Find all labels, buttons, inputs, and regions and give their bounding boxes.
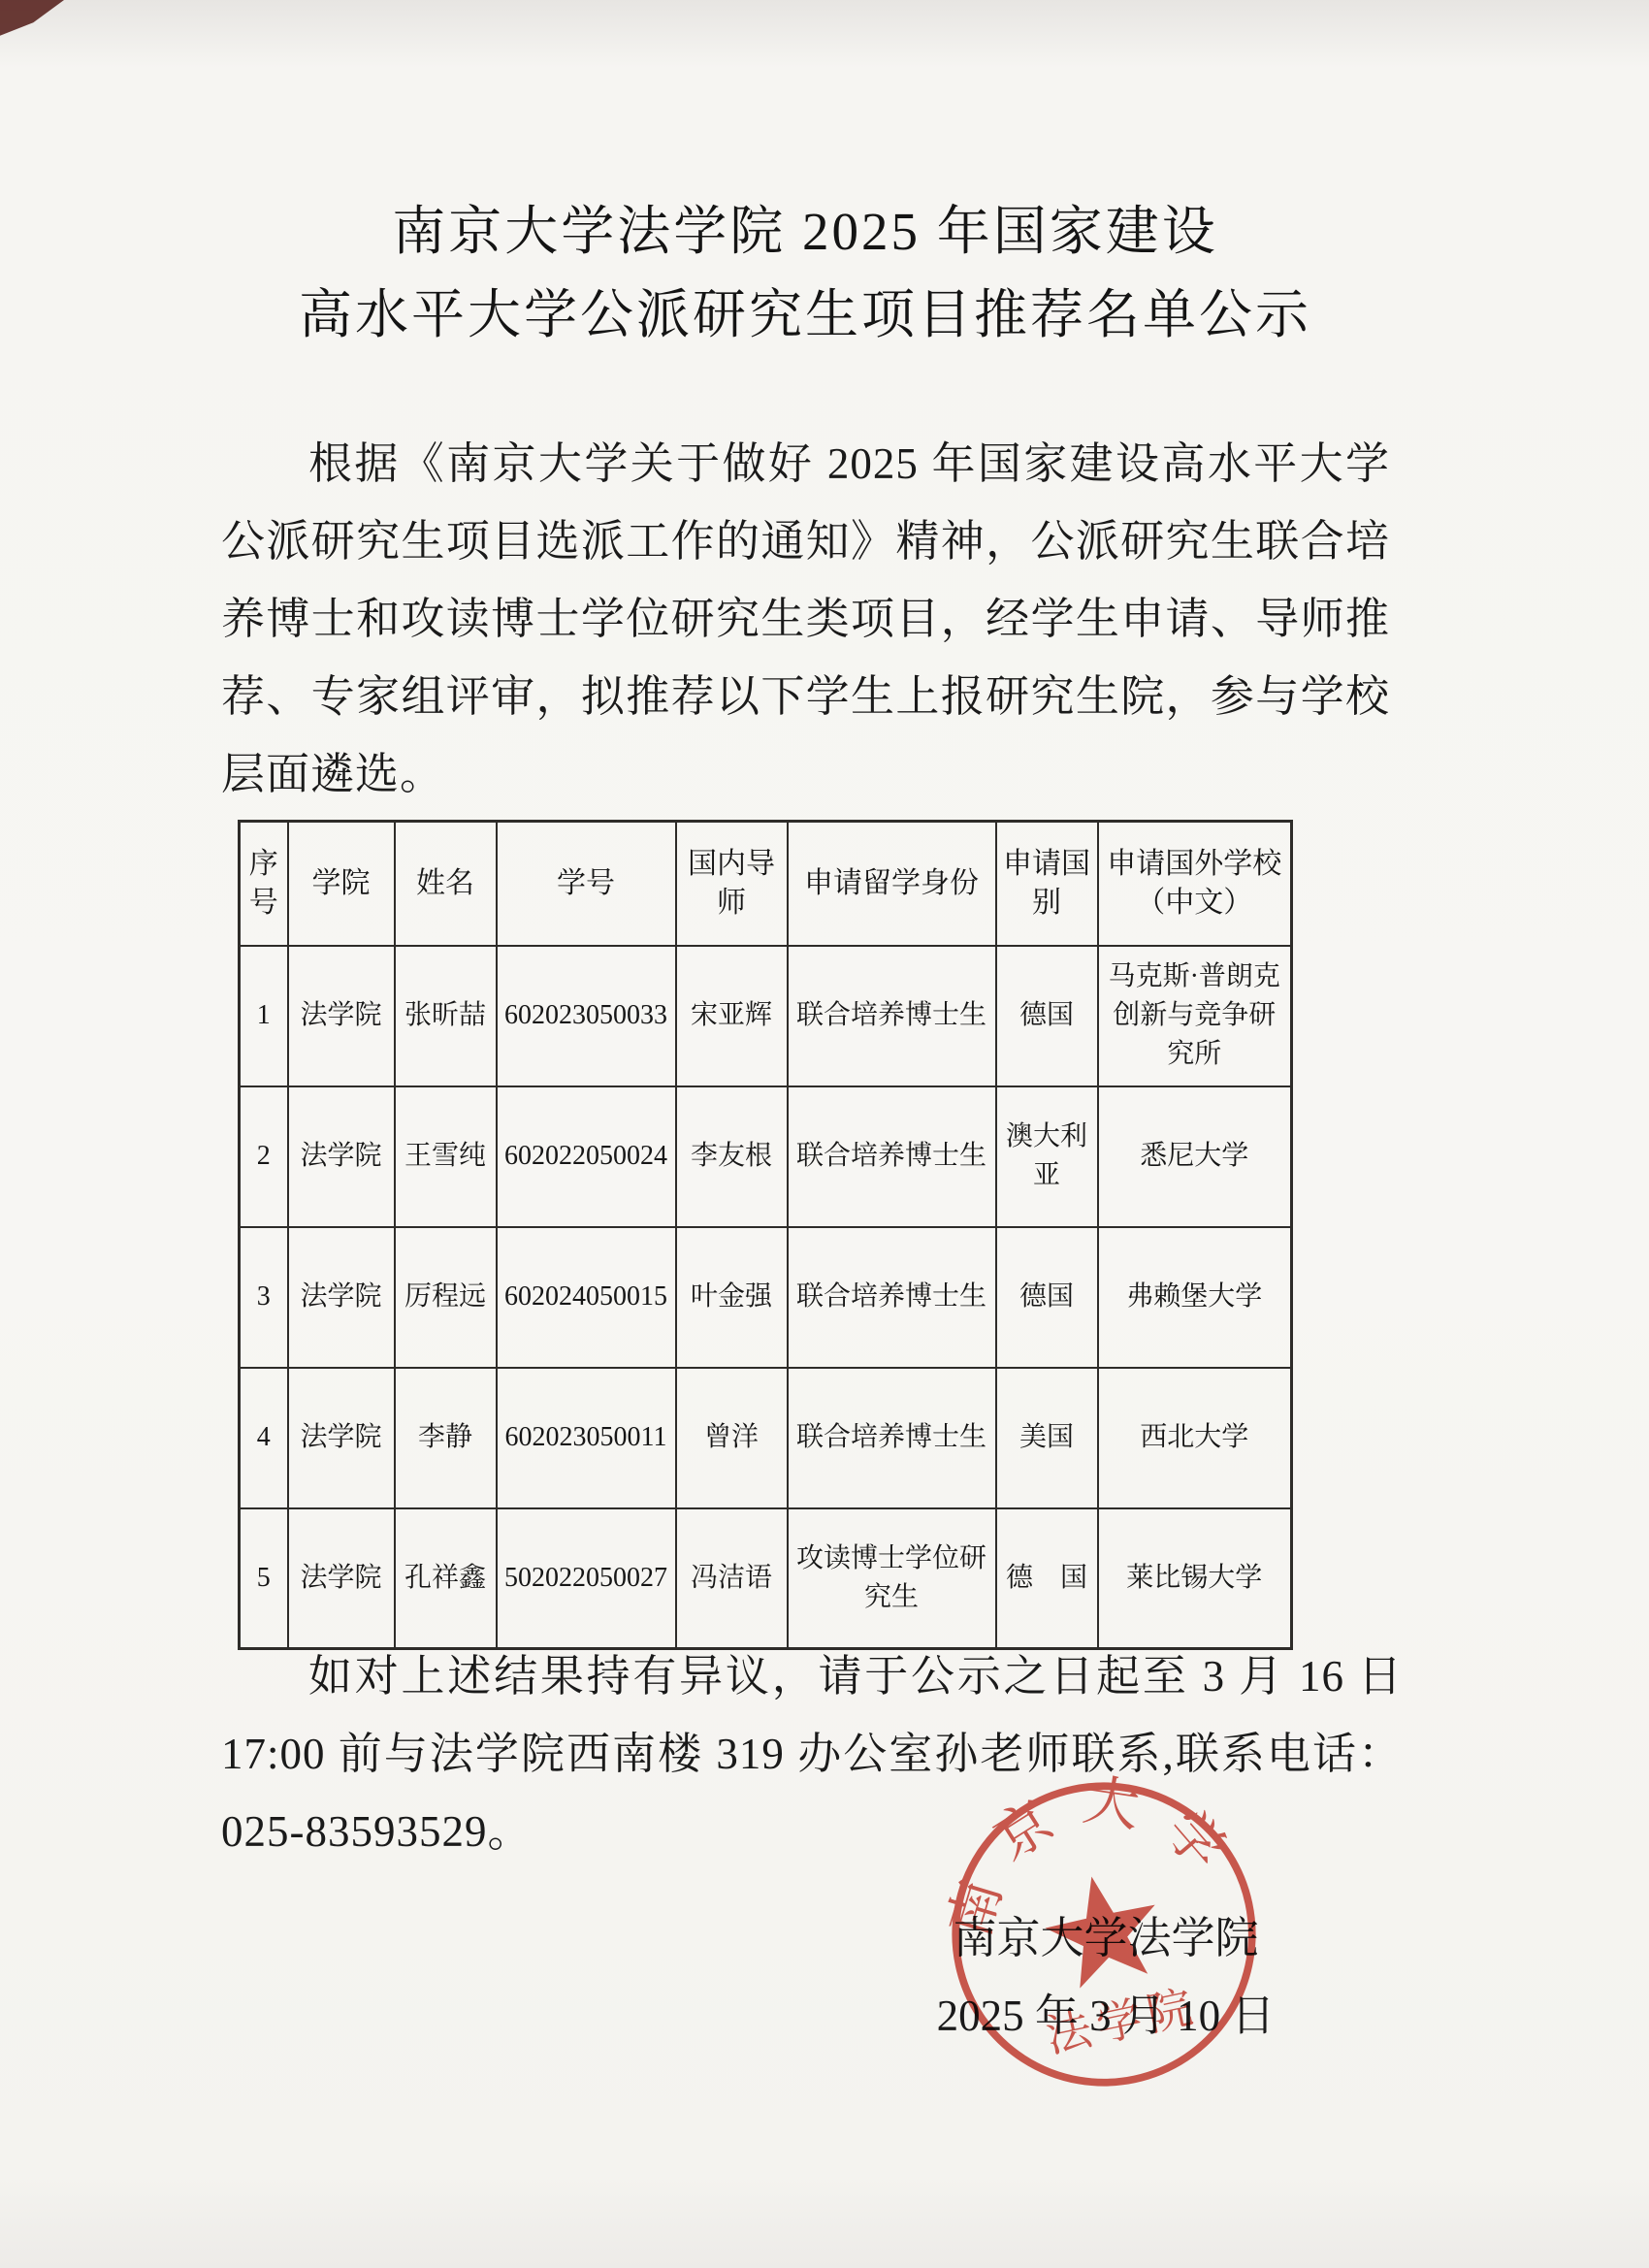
col-header-school: 申请国外学校（中文）	[1098, 822, 1292, 946]
cell-advisor: 曾洋	[676, 1368, 788, 1508]
cell-no: 3	[240, 1227, 288, 1368]
cell-country: 澳大利亚	[996, 1086, 1098, 1227]
closing-paragraph: 如对上述结果持有异议，请于公示之日起至 3 月 16 日 17:00 前与法学院…	[221, 1637, 1403, 1870]
col-header-name: 姓名	[395, 822, 497, 946]
closing-line: 如对上述结果持有异议，请于公示之日起至 3 月 16 日	[221, 1637, 1403, 1715]
signature-org: 南京大学法学院	[917, 1899, 1295, 1977]
cell-no: 4	[240, 1368, 288, 1508]
intro-line: 荐、专家组评审，拟推荐以下学生上报研究生院，参与学校	[221, 658, 1390, 735]
signature-date: 2025 年 3 月 10 日	[917, 1977, 1295, 2055]
cell-student-id: 602024050015	[497, 1227, 676, 1368]
title-line-1: 南京大学法学院 2025 年国家建设	[223, 190, 1387, 274]
cell-college: 法学院	[288, 946, 395, 1086]
col-header-no: 序号	[240, 822, 288, 946]
cell-college: 法学院	[288, 1368, 395, 1508]
cell-advisor: 冯洁语	[676, 1508, 788, 1649]
cell-name: 孔祥鑫	[395, 1508, 497, 1649]
cell-no: 5	[240, 1508, 288, 1649]
cell-student-id: 602023050033	[497, 946, 676, 1086]
cell-college: 法学院	[288, 1086, 395, 1227]
cell-student-id: 602022050024	[497, 1086, 676, 1227]
cell-advisor: 宋亚辉	[676, 946, 788, 1086]
scanned-document-page: 南京大学法学院 2025 年国家建设 高水平大学公派研究生项目推荐名单公示 根据…	[0, 0, 1649, 2268]
cell-no: 1	[240, 946, 288, 1086]
cell-name: 厉程远	[395, 1227, 497, 1368]
cell-name: 李静	[395, 1368, 497, 1508]
intro-line: 养博士和攻读博士学位研究生类项目，经学生申请、导师推	[221, 580, 1390, 658]
intro-line: 层面遴选。	[221, 735, 1390, 813]
intro-paragraph: 根据《南京大学关于做好 2025 年国家建设高水平大学 公派研究生项目选派工作的…	[221, 425, 1390, 813]
phone-line: 025-83593529。	[221, 1793, 1403, 1870]
title-line-2: 高水平大学公派研究生项目推荐名单公示	[223, 274, 1387, 357]
intro-line: 根据《南京大学关于做好 2025 年国家建设高水平大学	[221, 425, 1390, 502]
cell-status: 联合培养博士生	[788, 1086, 996, 1227]
cell-country: 德国	[996, 946, 1098, 1086]
cell-school: 悉尼大学	[1098, 1086, 1292, 1227]
cell-country: 德 国	[996, 1508, 1098, 1649]
col-header-status: 申请留学身份	[788, 822, 996, 946]
table-row: 4 法学院 李静 602023050011 曾洋 联合培养博士生 美国 西北大学	[240, 1368, 1292, 1508]
cell-country: 德国	[996, 1227, 1098, 1368]
recommendation-table: 序号 学院 姓名 学号 国内导师 申请留学身份 申请国别 申请国外学校（中文） …	[238, 820, 1293, 1650]
table-row: 3 法学院 厉程远 602024050015 叶金强 联合培养博士生 德国 弗赖…	[240, 1227, 1292, 1368]
corner-scan-mark	[0, 0, 64, 39]
signature-block: 南京大学法学院 2025 年 3 月 10 日	[917, 1899, 1295, 2055]
cell-name: 张昕喆	[395, 946, 497, 1086]
cell-college: 法学院	[288, 1227, 395, 1368]
cell-college: 法学院	[288, 1508, 395, 1649]
cell-status: 联合培养博士生	[788, 1368, 996, 1508]
cell-status: 攻读博士学位研究生	[788, 1508, 996, 1649]
cell-student-id: 502022050027	[497, 1508, 676, 1649]
col-header-college: 学院	[288, 822, 395, 946]
table-row: 5 法学院 孔祥鑫 502022050027 冯洁语 攻读博士学位研究生 德 国…	[240, 1508, 1292, 1649]
col-header-country: 申请国别	[996, 822, 1098, 946]
cell-name: 王雪纯	[395, 1086, 497, 1227]
table-row: 1 法学院 张昕喆 602023050033 宋亚辉 联合培养博士生 德国 马克…	[240, 946, 1292, 1086]
table-row: 2 法学院 王雪纯 602022050024 李友根 联合培养博士生 澳大利亚 …	[240, 1086, 1292, 1227]
cell-school: 西北大学	[1098, 1368, 1292, 1508]
cell-school: 弗赖堡大学	[1098, 1227, 1292, 1368]
intro-line: 公派研究生项目选派工作的通知》精神，公派研究生联合培	[221, 502, 1390, 580]
col-header-student-id: 学号	[497, 822, 676, 946]
closing-line: 17:00 前与法学院西南楼 319 办公室孙老师联系,联系电话：	[221, 1715, 1403, 1793]
col-header-advisor: 国内导师	[676, 822, 788, 946]
table-header-row: 序号 学院 姓名 学号 国内导师 申请留学身份 申请国别 申请国外学校（中文）	[240, 822, 1292, 946]
cell-status: 联合培养博士生	[788, 1227, 996, 1368]
cell-no: 2	[240, 1086, 288, 1227]
cell-student-id: 602023050011	[497, 1368, 676, 1508]
cell-school: 莱比锡大学	[1098, 1508, 1292, 1649]
document-title: 南京大学法学院 2025 年国家建设 高水平大学公派研究生项目推荐名单公示	[223, 190, 1387, 357]
cell-advisor: 李友根	[676, 1086, 788, 1227]
cell-country: 美国	[996, 1368, 1098, 1508]
cell-advisor: 叶金强	[676, 1227, 788, 1368]
cell-status: 联合培养博士生	[788, 946, 996, 1086]
cell-school: 马克斯·普朗克创新与竞争研究所	[1098, 946, 1292, 1086]
